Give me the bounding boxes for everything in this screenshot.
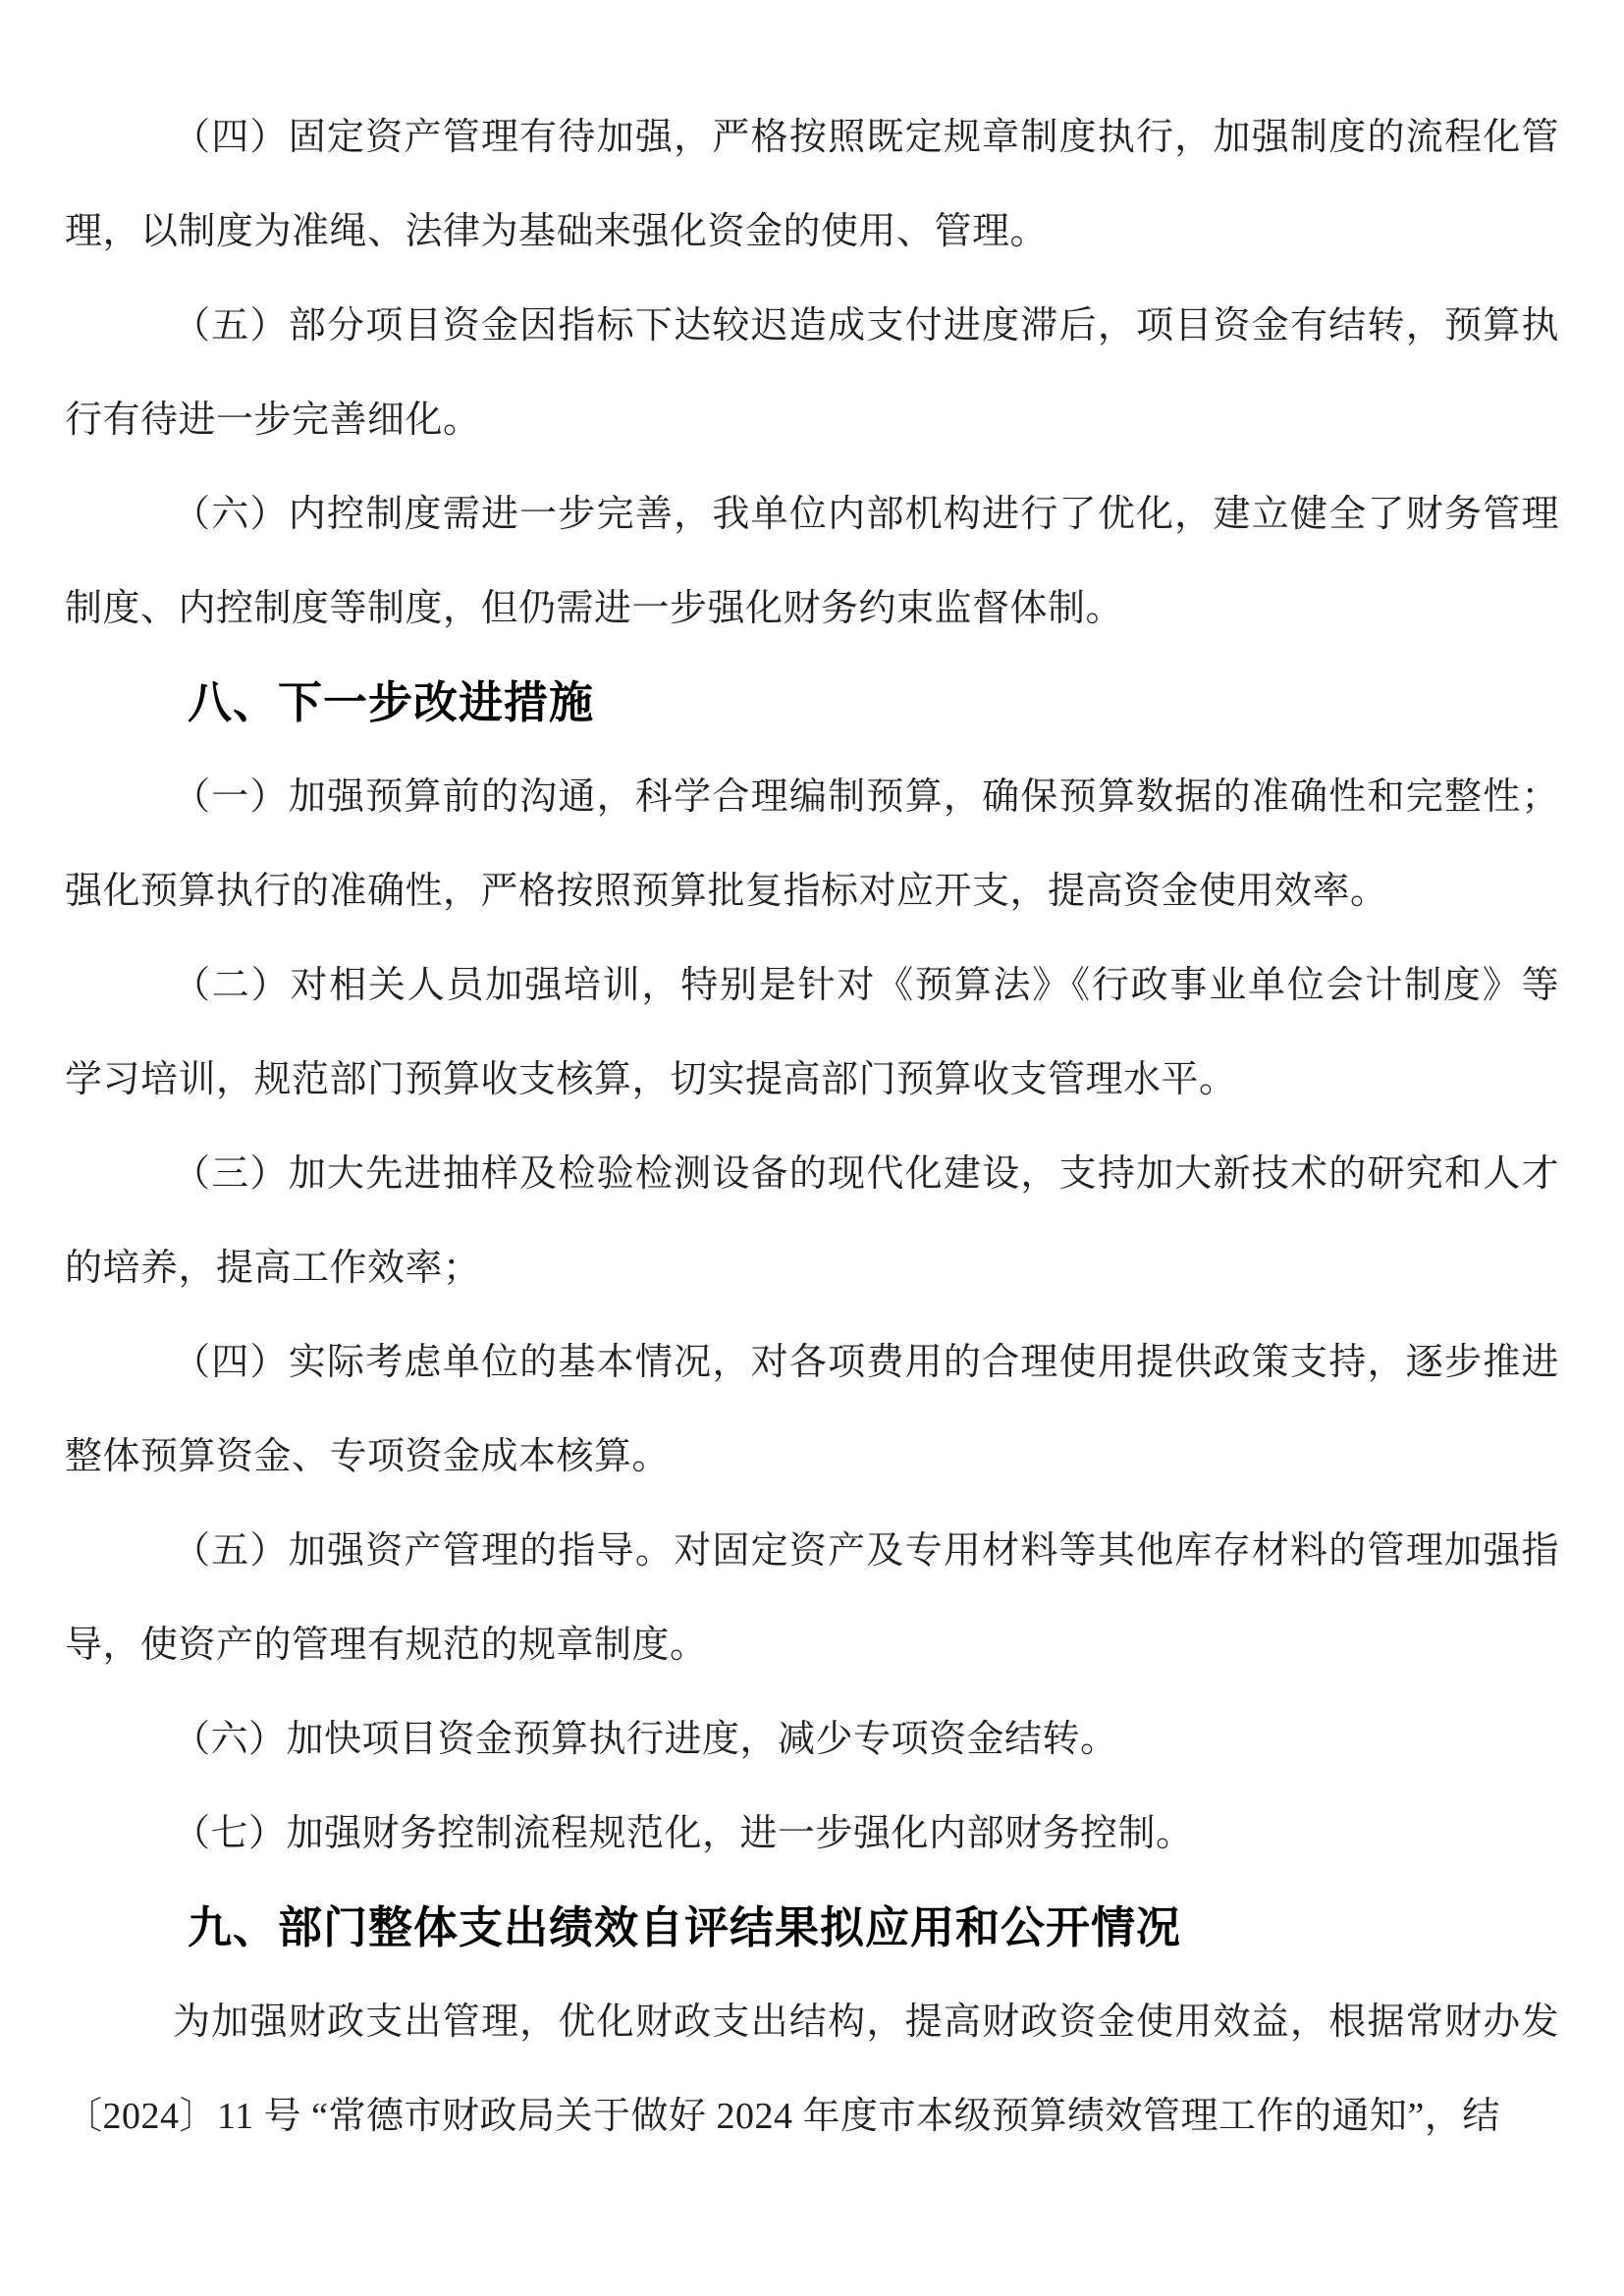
para-publication-line-2: 〔2024〕11 号 “常德市财政局关于做好 2024 年度市本级预算绩效管理工… — [65, 2069, 1559, 2163]
para-measure-2-line-1: （二）对相关人员加强培训，特别是针对《预算法》《行政事业单位会计制度》等 — [65, 938, 1559, 1033]
para-measure-7-line-1: （七）加强财务控制流程规范化，进一步强化内部财务控制。 — [65, 1787, 1559, 1881]
para-measure-5-line-2: 导，使资产的管理有规范的规章制度。 — [65, 1598, 1559, 1692]
para-measure-5-line-1: （五）加强资产管理的指导。对固定资产及专用材料等其他库存材料的管理加强指 — [65, 1504, 1559, 1598]
para-measure-4-line-2: 整体预算资金、专项资金成本核算。 — [65, 1410, 1559, 1504]
para-measure-4-line-1: （四）实际考虑单位的基本情况，对各项费用的合理使用提供政策支持，逐步推进 — [65, 1315, 1559, 1410]
document-page: （四）固定资产管理有待加强，严格按照既定规章制度执行，加强制度的流程化管理，以制… — [0, 0, 1624, 2296]
para-measure-3-line-1: （三）加大先进抽样及检验检测设备的现代化建设，支持加大新技术的研究和人才 — [65, 1127, 1559, 1221]
para-measure-3-line-2: 的培养，提高工作效率； — [65, 1221, 1559, 1315]
para-review-item-5-line-2: 行有待进一步完善细化。 — [65, 373, 1559, 467]
document-content: （四）固定资产管理有待加强，严格按照既定规章制度执行，加强制度的流程化管理，以制… — [65, 90, 1559, 2163]
section-9-heading: 九、部门整体支出绩效自评结果拟应用和公开情况 — [65, 1881, 1559, 1975]
section-8-heading: 八、下一步改进措施 — [65, 656, 1559, 750]
para-review-item-6-line-1: （六）内控制度需进一步完善，我单位内部机构进行了优化，建立健全了财务管理 — [65, 467, 1559, 561]
para-publication-line-1: 为加强财政支出管理，优化财政支出结构，提高财政资金使用效益，根据常财办发 — [65, 1975, 1559, 2069]
para-measure-1-line-2: 强化预算执行的准确性，严格按照预算批复指标对应开支，提高资金使用效率。 — [65, 844, 1559, 938]
para-review-item-5-line-1: （五）部分项目资金因指标下达较迟造成支付进度滞后，项目资金有结转，预算执 — [65, 279, 1559, 373]
para-review-item-6-line-2: 制度、内控制度等制度，但仍需进一步强化财务约束监督体制。 — [65, 561, 1559, 656]
para-measure-2-line-2: 学习培训，规范部门预算收支核算，切实提高部门预算收支管理水平。 — [65, 1033, 1559, 1127]
para-review-item-4-line-2: 理，以制度为准绳、法律为基础来强化资金的使用、管理。 — [65, 185, 1559, 279]
para-measure-6-line-1: （六）加快项目资金预算执行进度，减少专项资金结转。 — [65, 1692, 1559, 1787]
para-review-item-4-line-1: （四）固定资产管理有待加强，严格按照既定规章制度执行，加强制度的流程化管 — [65, 90, 1559, 185]
para-measure-1-line-1: （一）加强预算前的沟通，科学合理编制预算，确保预算数据的准确性和完整性； — [65, 750, 1559, 844]
